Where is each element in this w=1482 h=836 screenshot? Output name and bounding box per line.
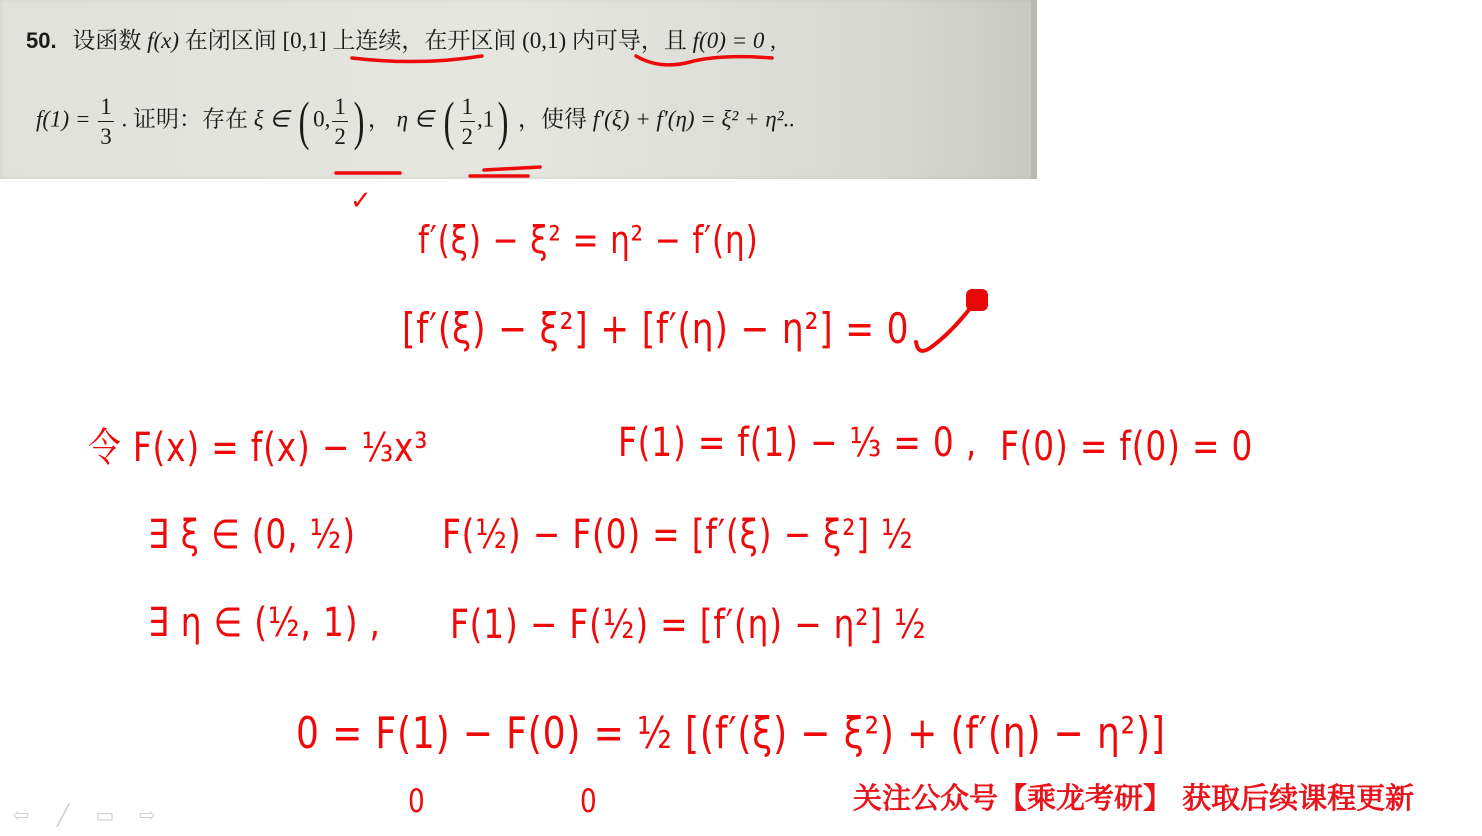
handwriting-zero-1: 0 [408, 782, 426, 820]
watermark: 关注公众号【乘龙考研】 获取后续课程更新 [853, 776, 1414, 817]
next-arrow-icon[interactable]: ⇨ [134, 804, 160, 826]
handwriting-row-5-left: ∃ η ∈ (½, 1) , [148, 600, 381, 646]
handwriting-row-3-left: 令 F(x) = f(x) − ⅓x³ [88, 416, 428, 473]
handwriting-row-3-right: F(0) = f(0) = 0 [1000, 424, 1253, 470]
pen-icon[interactable]: ╱ [50, 804, 76, 826]
handwriting-row-5-right: F(1) − F(½) = [f′(η) − η²] ½ [450, 602, 927, 648]
handwriting-row-1: f′(ξ) − ξ² = η² − f′(η) [418, 218, 759, 262]
handwriting-row-6: 0 = F(1) − F(0) = ½ [(f′(ξ) − ξ²) + (f′(… [296, 708, 1166, 759]
previous-arrow-icon[interactable]: ⇦ [8, 804, 34, 826]
slideshow-controls: ⇦ ╱ ▭ ⇨ [8, 804, 160, 826]
laser-pointer [966, 289, 988, 311]
handwriting-row-2: [f′(ξ) − ξ²] + [f′(η) − η²] = 0 [402, 304, 909, 353]
handwriting-zero-2: 0 [580, 782, 598, 820]
underline-annotations [0, 0, 1037, 179]
problem-image: 50. 设函数 f(x) 在闭区间 [0,1] 上连续，在开区间 (0,1) 内… [0, 0, 1037, 179]
handwriting-row-4-right: F(½) − F(0) = [f′(ξ) − ξ²] ½ [442, 512, 914, 558]
menu-icon[interactable]: ▭ [92, 804, 118, 826]
handwriting-row-3-mid: F(1) = f(1) − ⅓ = 0 , [618, 420, 977, 466]
handwriting-row-4-left: ∃ ξ ∈ (0, ½) [148, 512, 356, 558]
check-mark-icon: ✓ [350, 186, 372, 216]
